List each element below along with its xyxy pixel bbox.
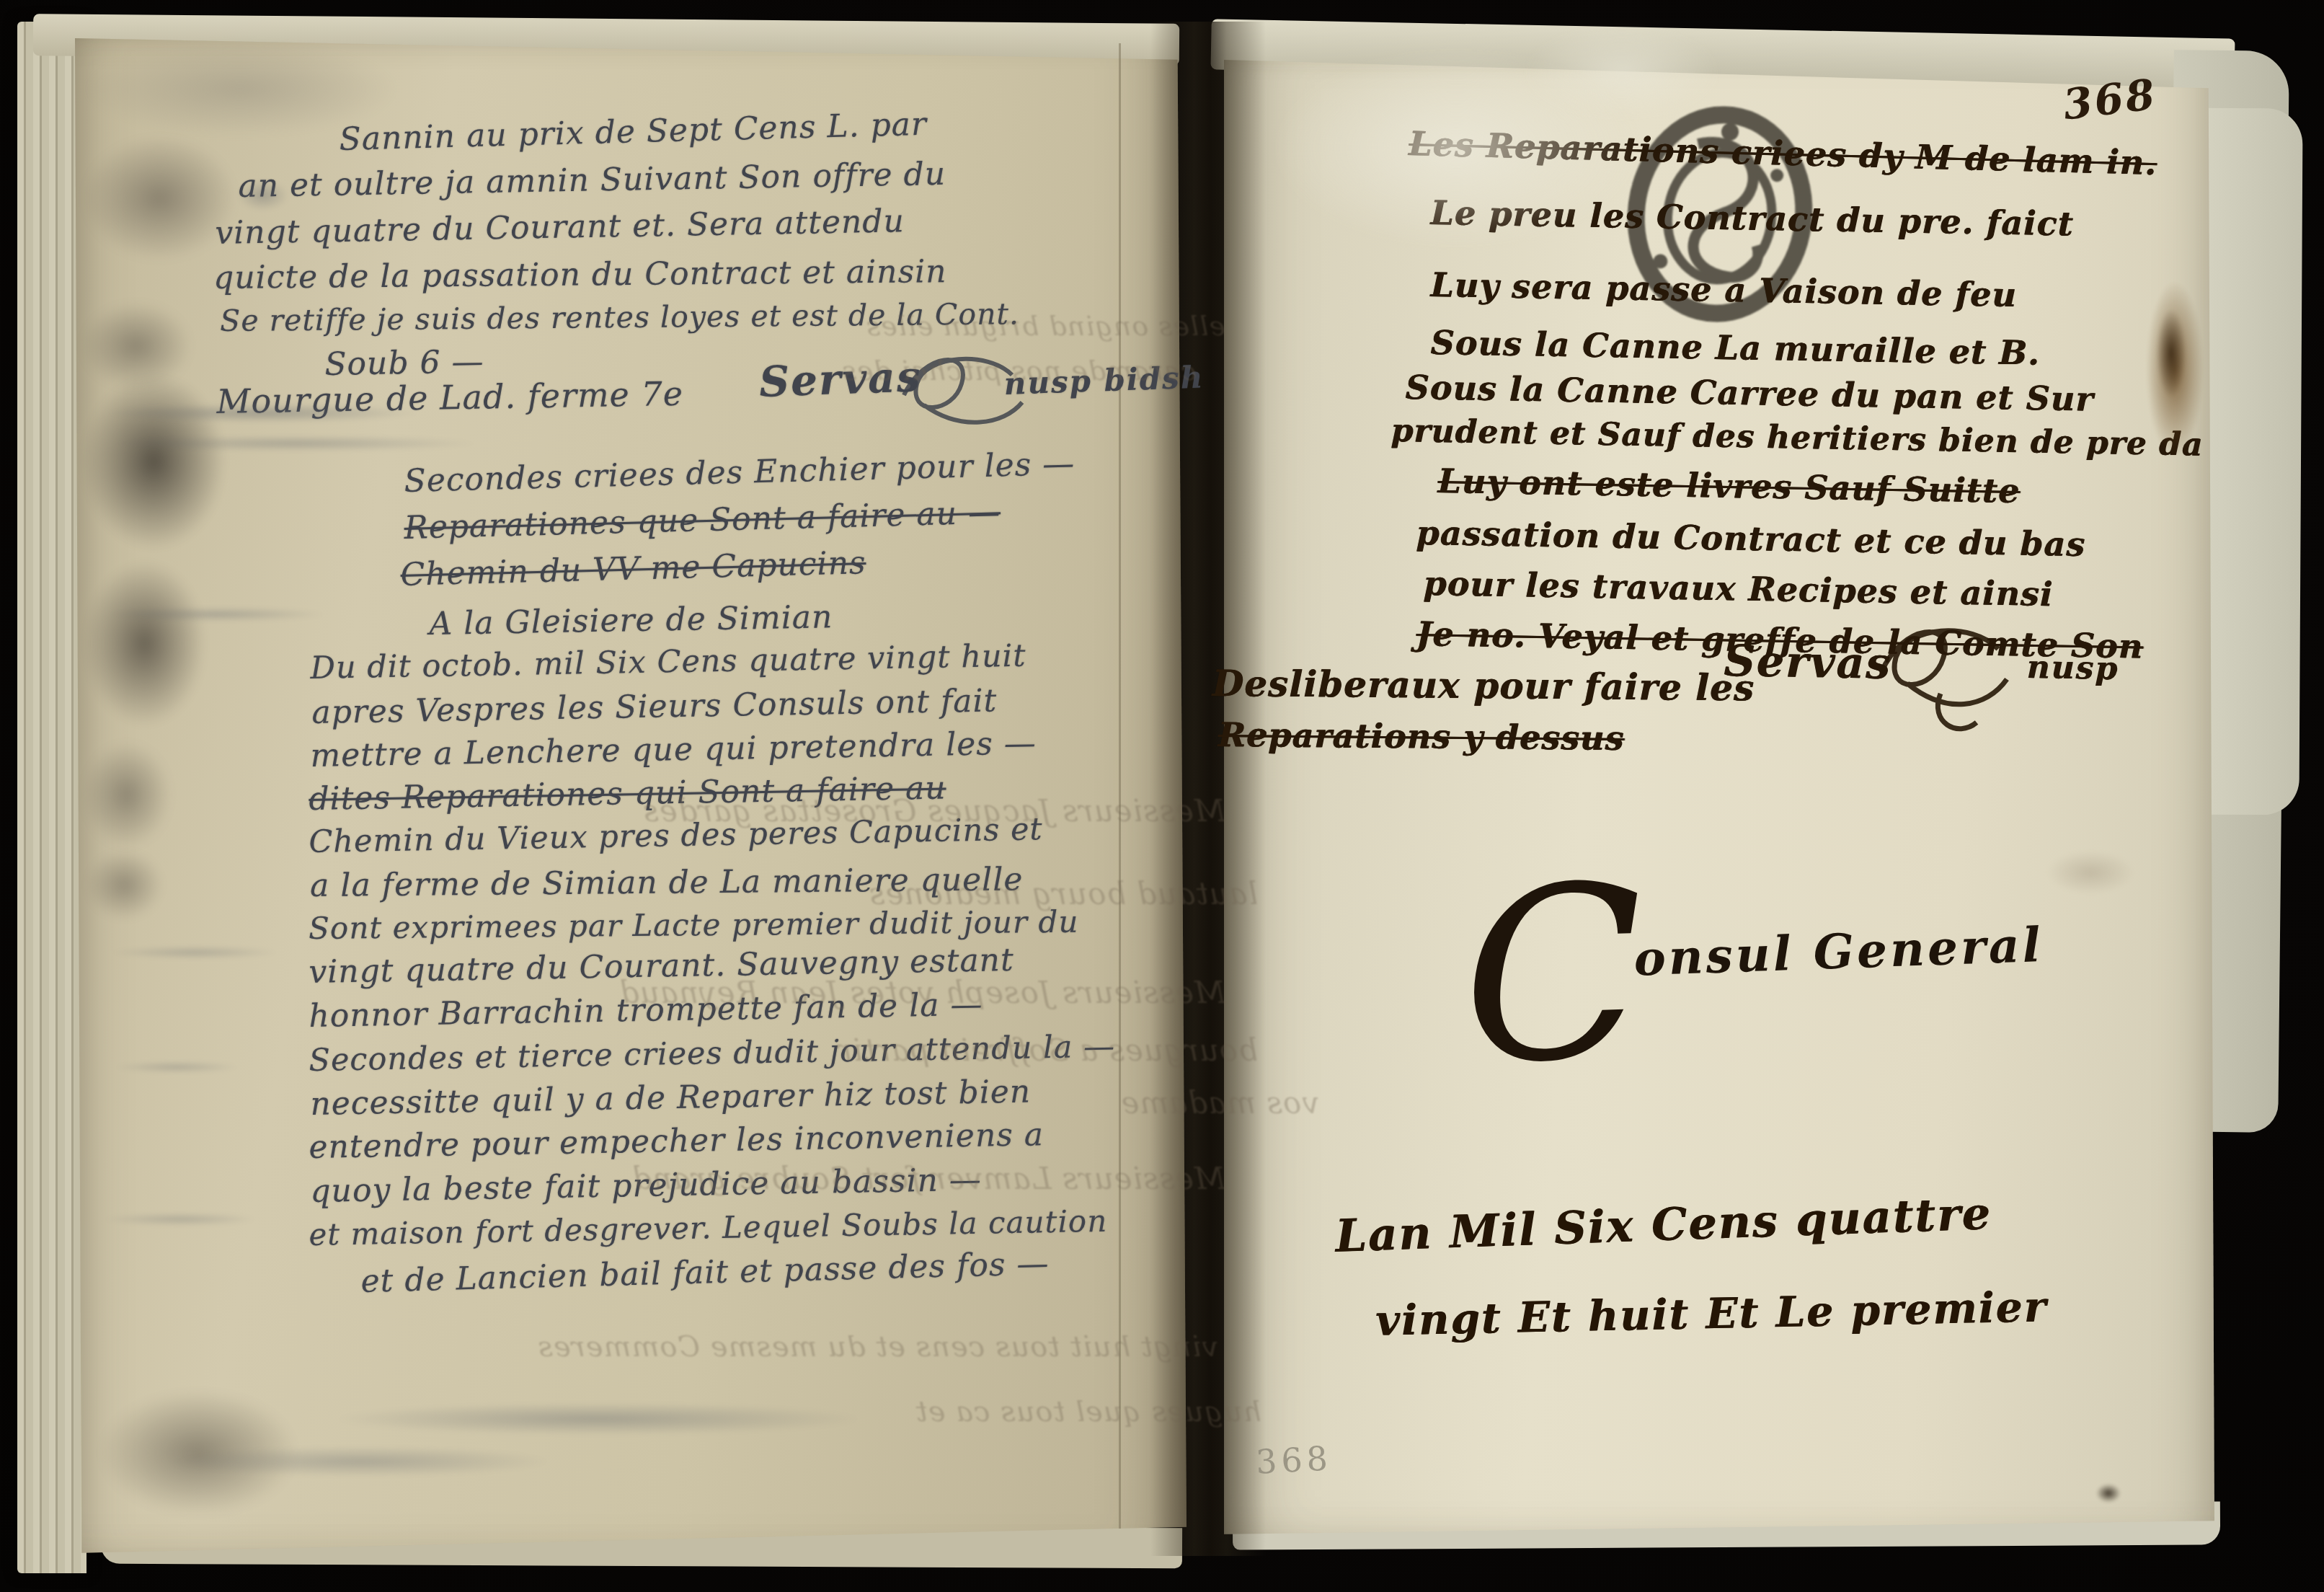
bleed-through-line: caramde nos pitchai des: [842, 355, 1197, 386]
manuscript-line: Soub 6 —: [324, 343, 484, 383]
ink-stain: [82, 303, 190, 389]
ink-stain: [1528, 29, 1716, 115]
manuscript-photo: 368 368 Servas nusp bidsh Servas nusp Co…: [0, 0, 2324, 1592]
manuscript-line: quicte de la passation du Contract et ai…: [213, 253, 947, 296]
bleed-through-line: elles ongind brigun elles: [866, 310, 1225, 342]
ink-stain: [2047, 851, 2134, 894]
ink-stain: [84, 375, 224, 548]
ink-stain: [84, 137, 235, 260]
ink-stain: [84, 743, 170, 847]
ink-stain: [115, 1061, 238, 1073]
ink-stain: [108, 607, 324, 622]
manuscript-line: Reparations y dessus: [1218, 715, 1625, 758]
ink-stain: [339, 1403, 858, 1435]
ink-stain: [85, 42, 395, 136]
ink-stain: [173, 1446, 548, 1477]
ink-stain: [85, 562, 204, 725]
ink-stain: [105, 1213, 256, 1226]
ink-stain: [112, 946, 278, 959]
bleed-through-line: vingt huit tous cens et du mesme Commere…: [538, 1330, 1218, 1363]
ink-stain: [108, 404, 418, 423]
bleed-through-line: Messieurs Lamver fort Soubre grand: [632, 1161, 1225, 1196]
manuscript-line: Desliberaux pour faire les: [1212, 662, 1755, 709]
ink-stain: [115, 435, 476, 451]
bleed-through-line: lautaud bourg mediones: [869, 876, 1258, 911]
left-page-fold-crease: [1119, 43, 1121, 1529]
bleed-through-line: Messieurs Jacques Grosettas gardes: [642, 793, 1225, 828]
bleed-through-line: Messieurs Joseph votes Jean Reynaud: [619, 975, 1225, 1010]
page-number-pencil: 368: [1255, 1438, 1333, 1481]
bleed-through-line: bourgues a Soffrein partir: [837, 1032, 1258, 1068]
bleed-through-line: vos madame: [1121, 1085, 1319, 1120]
ink-stain: [238, 180, 288, 211]
ink-stain: [87, 851, 162, 919]
book-gutter-shadow: [1150, 22, 1266, 1556]
manuscript-line: A la Gleisiere de Simian: [429, 598, 833, 642]
bleed-through-line: hugues quel tous ca et: [915, 1395, 1261, 1428]
